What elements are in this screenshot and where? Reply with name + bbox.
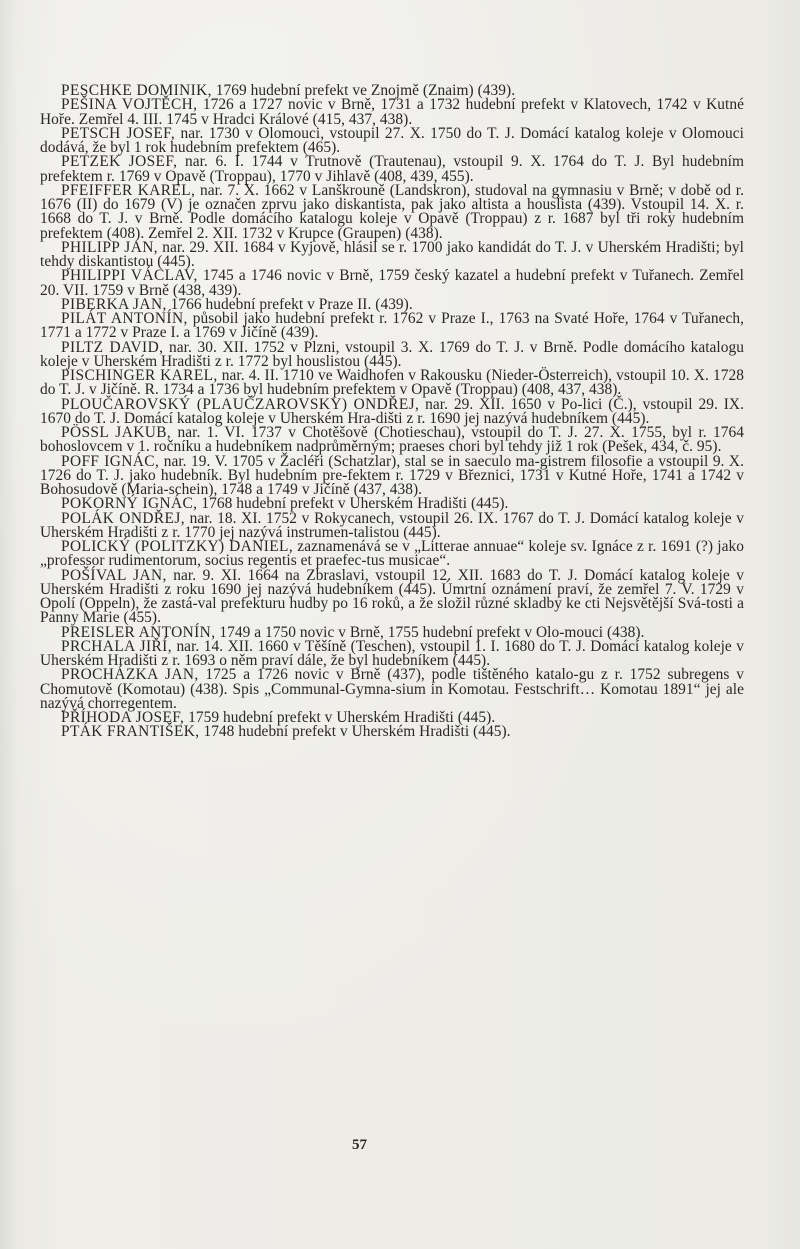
- dictionary-entry: PROCHÁZKA JAN, 1725 a 1726 novic v Brně …: [40, 668, 744, 711]
- dictionary-entry: PISCHINGER KAREL, nar. 4. II. 1710 ve Wa…: [40, 369, 744, 398]
- dictionary-entry: PHILIPPI VÁCLAV, 1745 a 1746 novic v Brn…: [40, 269, 744, 298]
- dictionary-entry: PETSCH JOSEF, nar. 1730 v Olomouci, vsto…: [40, 127, 744, 156]
- dictionary-entry: PETZEK JOSEF, nar. 6. I. 1744 v Trutnově…: [40, 155, 744, 184]
- dictionary-entry: PTÁK FRANTIŠEK, 1748 hudební prefekt v U…: [40, 725, 744, 739]
- dictionary-entry: POFF IGNÁC, nar. 19. V. 1705 v Žacléři (…: [40, 455, 744, 498]
- dictionary-entry: POLÁK ONDŘEJ, nar. 18. XI. 1752 v Rokyca…: [40, 512, 744, 541]
- dictionary-entry: PEŠINA VOJTĚCH, 1726 a 1727 novic v Brně…: [40, 98, 744, 127]
- dictionary-entries: PESCHKE DOMINIK, 1769 hudební prefekt ve…: [40, 84, 744, 740]
- dictionary-entry: PÖSSL JAKUB, nar. 1. VI. 1737 v Chotěšov…: [40, 426, 744, 455]
- dictionary-entry: POŠÍVAL JAN, nar. 9. XI. 1664 na Zbrasla…: [40, 569, 744, 626]
- entry-text: 1748 hudební prefekt v Uherském Hradišti…: [200, 723, 511, 740]
- page-number: 57: [352, 1137, 367, 1154]
- book-page: PESCHKE DOMINIK, 1769 hudební prefekt ve…: [0, 0, 800, 1249]
- dictionary-entry: PRCHALA JIŘÍ, nar. 14. XII. 1660 v Těšín…: [40, 640, 744, 669]
- dictionary-entry: POLICKÝ (POLITZKY) DANIEL, zaznamenává s…: [40, 540, 744, 569]
- entry-name: PTÁK FRANTIŠEK,: [61, 723, 200, 740]
- dictionary-entry: PLOUČAROVSKÝ (PLAUČZAROVSKY) ONDŘEJ, nar…: [40, 398, 744, 427]
- dictionary-entry: PILÁT ANTONÍN, působil jako hudební pref…: [40, 312, 744, 341]
- dictionary-entry: PHILIPP JAN, nar. 29. XII. 1684 v Kyjově…: [40, 241, 744, 270]
- dictionary-entry: PFEIFFER KAREL, nar. 7. X. 1662 v Lanškr…: [40, 184, 744, 241]
- dictionary-entry: PILTZ DAVID, nar. 30. XII. 1752 v Plzni,…: [40, 341, 744, 370]
